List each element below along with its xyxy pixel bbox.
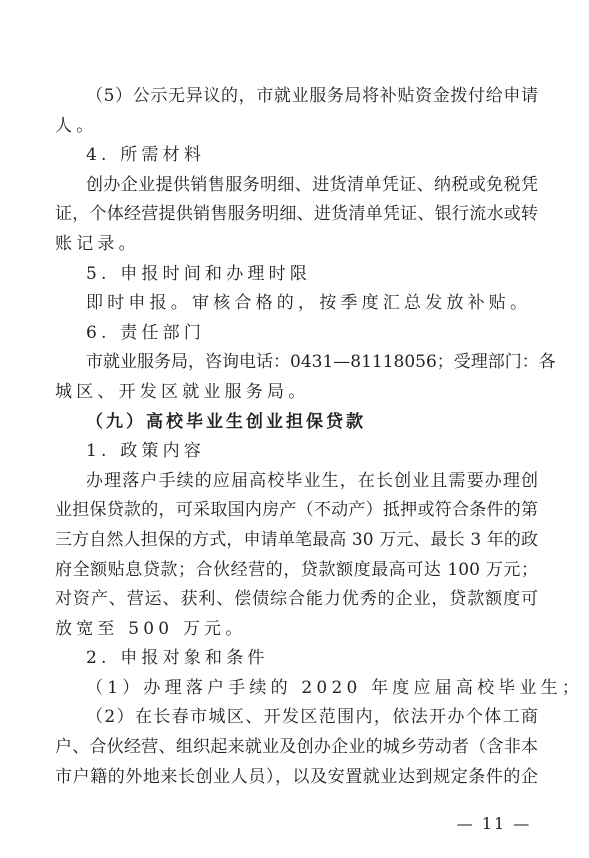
paragraph-line-item5-publicity: （5）公示无异议的，市就业服务局将补贴资金拨付给申请: [55, 82, 538, 112]
section-heading-graduate-loan: （九）高校毕业生创业担保贷款: [55, 408, 538, 438]
paragraph-line-materials-3: 账记录。: [55, 230, 538, 260]
document-page: （5）公示无异议的，市就业服务局将补贴资金拨付给申请 人。 4. 所需材料 创办…: [0, 0, 589, 858]
paragraph-line-policy-6: 放宽至 500 万元。: [55, 615, 538, 645]
paragraph-line-condition-2b: 户、合伙经营、组织起来就业及创办企业的城乡劳动者（含非本: [55, 733, 538, 763]
paragraph-line-policy-4: 府全额贴息贷款；合伙经营的，贷款额度最高可达 100 万元；: [55, 556, 538, 586]
subheading-applicants-conditions: 2. 申报对象和条件: [55, 644, 538, 674]
paragraph-line-policy-1: 办理落户手续的应届高校毕业生，在长创业且需要办理创: [55, 467, 538, 497]
paragraph-line-dept-1: 市就业服务局，咨询电话：0431—81118056；受理部门：各: [55, 348, 538, 378]
paragraph-line-materials-1: 创办企业提供销售服务明细、进货清单凭证、纳税或免税凭: [55, 171, 538, 201]
subheading-responsible-dept: 6. 责任部门: [55, 319, 538, 349]
page-number: — 11 —: [448, 814, 540, 833]
paragraph-line-item5-cont: 人。: [55, 112, 538, 142]
subheading-policy-content: 1. 政策内容: [55, 437, 538, 467]
paragraph-line-dept-2: 城区、开发区就业服务局。: [55, 378, 538, 408]
paragraph-line-condition-1: （1）办理落户手续的 2020 年度应届高校毕业生；: [55, 674, 538, 704]
paragraph-line-condition-2c: 市户籍的外地来长创业人员），以及安置就业达到规定条件的企: [55, 763, 538, 793]
paragraph-line-application-time: 即时申报。审核合格的，按季度汇总发放补贴。: [55, 289, 538, 319]
paragraph-line-policy-3: 三方自然人担保的方式，申请单笔最高 30 万元、最长 3 年的政: [55, 526, 538, 556]
document-body: （5）公示无异议的，市就业服务局将补贴资金拨付给申请 人。 4. 所需材料 创办…: [55, 82, 538, 792]
subheading-application-time: 5. 申报时间和办理时限: [55, 260, 538, 290]
subheading-required-materials: 4. 所需材料: [55, 141, 538, 171]
paragraph-line-policy-2: 业担保贷款的，可采取国内房产（不动产）抵押或符合条件的第: [55, 496, 538, 526]
paragraph-line-condition-2a: （2）在长春市城区、开发区范围内，依法开办个体工商: [55, 703, 538, 733]
paragraph-line-policy-5: 对资产、营运、获利、偿债综合能力优秀的企业，贷款额度可: [55, 585, 538, 615]
paragraph-line-materials-2: 证，个体经营提供销售服务明细、进货清单凭证、银行流水或转: [55, 200, 538, 230]
